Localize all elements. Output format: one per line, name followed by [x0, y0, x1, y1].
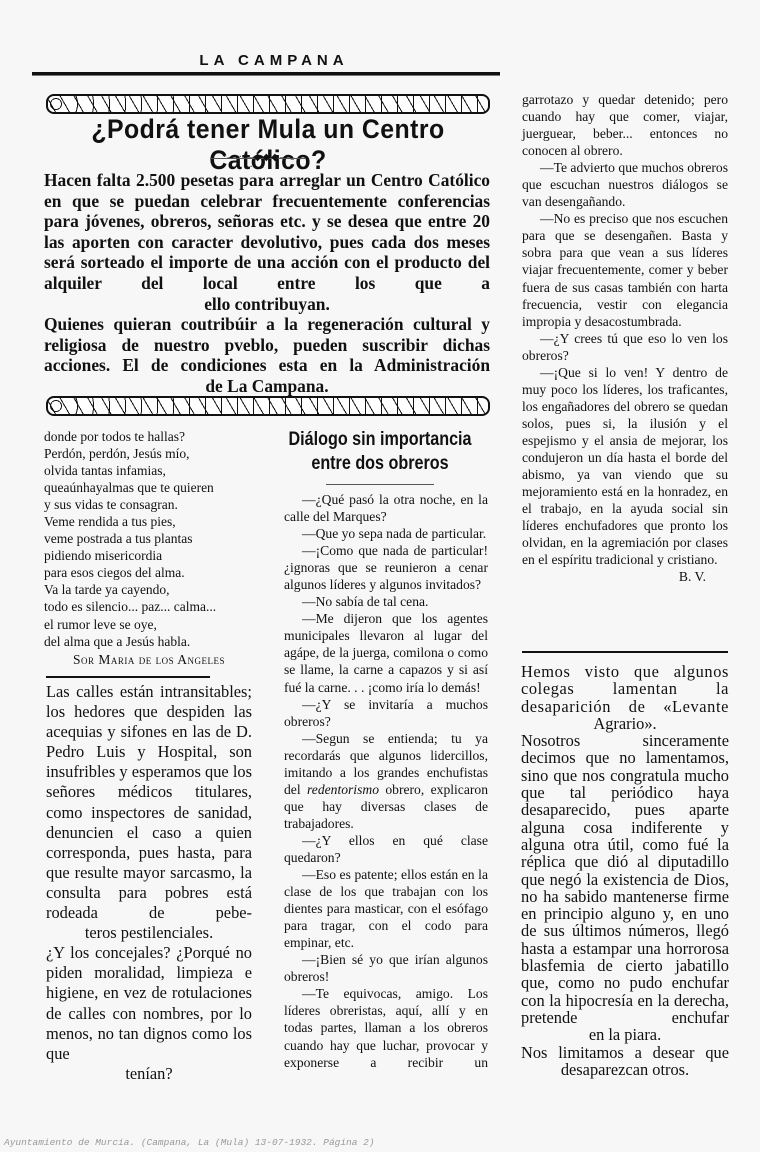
notice-paragraph: Quienes quieran coutribúir a la regenera…	[44, 314, 490, 376]
dialogue-line: —¡Bien sé yo que irían algunos obreros!	[284, 951, 488, 985]
poem-line: pidiendo misericordia	[44, 547, 254, 564]
poem: donde por todos te hallas? Perdón, perdó…	[44, 428, 254, 668]
poem-line: Veme rendida a tus pies,	[44, 513, 254, 530]
levante-paragraph: Nosotros sinceramente decimos que no lam…	[521, 732, 729, 1026]
dialogue-line: —¡Que si lo ven! Y dentro de muy poco lo…	[522, 364, 728, 569]
levante-article: Hemos visto que algunos colegas lamentan…	[521, 663, 729, 1078]
dialogue-line: —¿Y crees tú que eso lo ven los obreros?	[522, 330, 728, 364]
streets-paragraph: Las calles están intransitables; los hed…	[46, 682, 252, 923]
masthead-title: LA CAMPANA	[48, 52, 500, 69]
dialogue-line: —¿Y ellos en qué clase quedaron?	[284, 832, 488, 866]
masthead-rule-thin	[32, 75, 500, 76]
column-rule	[522, 651, 728, 653]
archive-footer: Ayuntamiento de Murcia. (Campana, La (Mu…	[4, 1137, 375, 1148]
dialogue-line: garrotazo y quedar detenido; pero cuando…	[522, 91, 728, 159]
column-rule	[46, 676, 210, 678]
dialogue-title: Diálogo sin importancia entre dos obrero…	[287, 428, 474, 476]
poem-signature: Sor Maria de los Angeles	[44, 651, 254, 668]
ornamental-border-top	[46, 94, 490, 114]
dialogue-separator	[326, 484, 434, 485]
notice-body: Hacen falta 2.500 pesetas para arreglar …	[44, 170, 490, 397]
poem-line: queaúnhayalmas que te quieren	[44, 479, 254, 496]
dialogue-line: —No es preciso que nos escuchen para que…	[522, 210, 728, 329]
dialogue-line: —Me dijeron que los agentes municipales …	[284, 610, 488, 695]
dialogue-continued: garrotazo y quedar detenido; pero cuando…	[522, 91, 728, 585]
dialogue-title-line: entre dos obreros	[287, 452, 474, 476]
dialogue-line: —No sabía de tal cena.	[284, 593, 488, 610]
streets-paragraph-end: tenían?	[46, 1064, 252, 1084]
levante-paragraph: Nos limitamos a desear que	[521, 1044, 729, 1061]
poem-line: el rumor leve se oye,	[44, 616, 254, 633]
dialogue-title-line: Diálogo sin importancia	[287, 428, 474, 452]
dialogue-signature: B. V.	[522, 568, 728, 585]
streets-paragraph: ¿Y los concejales? ¿Porqué no piden mora…	[46, 943, 252, 1064]
notice-paragraph-end: ello contribuyan.	[44, 294, 490, 315]
dialogue-line: —¿Y se invitaría a muchos obreros?	[284, 696, 488, 730]
dialogue-line: —Te equivocas, amigo. Los líderes obreri…	[284, 985, 488, 1070]
poem-line: y sus vidas te consagran.	[44, 496, 254, 513]
dialogue-line: —Eso es patente; ellos están en la clase…	[284, 866, 488, 951]
poem-line: Perdón, perdón, Jesús mío,	[44, 445, 254, 462]
dialogue-body: —¿Qué pasó la otra noche, en la calle de…	[284, 491, 488, 1071]
poem-line: olvida tantas infamias,	[44, 462, 254, 479]
dialogue-line: —Te advierto que muchos obreros que escu…	[522, 159, 728, 210]
streets-paragraph-end: teros pestilenciales.	[46, 923, 252, 943]
levante-paragraph-end: Agrario».	[521, 715, 729, 732]
poem-line: donde por todos te hallas?	[44, 428, 254, 445]
ornamental-border-bottom	[46, 396, 490, 416]
dialogue-line: —¡Como que nada de particular! ¿ignoras …	[284, 542, 488, 593]
dialogue-line: —¿Qué pasó la otra noche, en la calle de…	[284, 491, 488, 525]
streets-article: Las calles están intransitables; los hed…	[46, 682, 252, 1084]
levante-paragraph-end: desaparezcan otros.	[521, 1061, 729, 1078]
dialogue-italic-word: redentorismo	[307, 782, 379, 797]
levante-paragraph: Hemos visto que algunos colegas lamentan…	[521, 663, 729, 715]
notice-paragraph: Hacen falta 2.500 pesetas para arreglar …	[44, 170, 490, 294]
poem-line: para esos ciegos del alma.	[44, 564, 254, 581]
poem-line: Va la tarde ya cayendo,	[44, 581, 254, 598]
dialogue-line: —Que yo sepa nada de particular.	[284, 525, 488, 542]
poem-line: todo es silencio... paz... calma...	[44, 598, 254, 615]
notice-paragraph-end: de La Campana.	[44, 376, 490, 397]
poem-line: veme postrada a tus plantas	[44, 530, 254, 547]
dialogue-line: —Segun se entienda; tu ya recordarás que…	[284, 730, 488, 832]
poem-line: del alma que a Jesús habla.	[44, 633, 254, 650]
levante-paragraph-end: en la piara.	[521, 1026, 729, 1043]
